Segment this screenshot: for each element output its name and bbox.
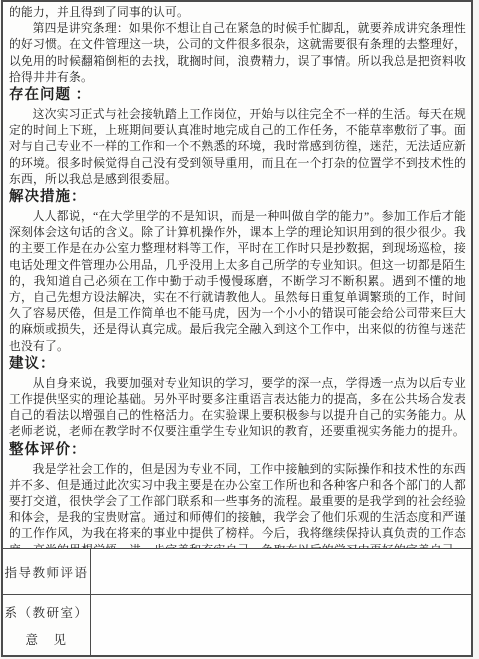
heading-existing-problems: 存在问题 ：	[9, 86, 466, 105]
paragraph-existing-problems: 这次实习正式与社会接轨踏上工作岗位，开始与以往完全不一样的生活。每天在规定的时间…	[9, 106, 466, 187]
paragraph-suggestions: 从自身来说，我要加强对专业知识的学习，要学的深一点，学得透一点为以后专业工作提供…	[9, 375, 466, 440]
continuation-paragraph: 的能力，并且得到了同事的认可。	[9, 4, 466, 20]
scanned-report-page: 的能力，并且得到了同事的认可。 第四是讲究条理：如果你不想让自己在紧急的时候手忙…	[1, 0, 473, 657]
department-opinion-cell	[91, 595, 471, 655]
report-body: 的能力，并且得到了同事的认可。 第四是讲究条理：如果你不想让自己在紧急的时候手忙…	[3, 2, 471, 548]
department-opinion-label-line1: 系（教研室）	[4, 603, 88, 621]
heading-suggestions: 建议：	[9, 355, 466, 374]
heading-overall-evaluation: 整体评价：	[9, 441, 466, 460]
paragraph-overall-evaluation: 我是学社会工作的，但是因为专业不同，工作中接触到的实际操作和技术性的东西并不多、…	[9, 461, 466, 548]
heading-solutions: 解决措施：	[9, 188, 466, 207]
advisor-comments-label: 指导教师评语	[3, 549, 91, 594]
paragraph-solutions: 人人都说，“在大学里学的不是知识，而是一种叫做自学的能力”。参加工作后才能深刻体…	[9, 208, 466, 354]
advisor-comments-row: 指导教师评语	[3, 548, 471, 594]
department-opinion-label: 系（教研室） 意 见	[3, 595, 91, 655]
advisor-comments-label-text: 指导教师评语	[4, 563, 88, 581]
advisor-comments-cell	[91, 549, 471, 594]
department-opinion-row: 系（教研室） 意 见	[3, 594, 471, 655]
department-opinion-label-line2: 意 见	[25, 630, 67, 648]
paragraph-orderliness: 第四是讲究条理：如果你不想让自己在紧急的时候手忙脚乱，就要养成讲究条理性的好习惯…	[9, 20, 466, 85]
